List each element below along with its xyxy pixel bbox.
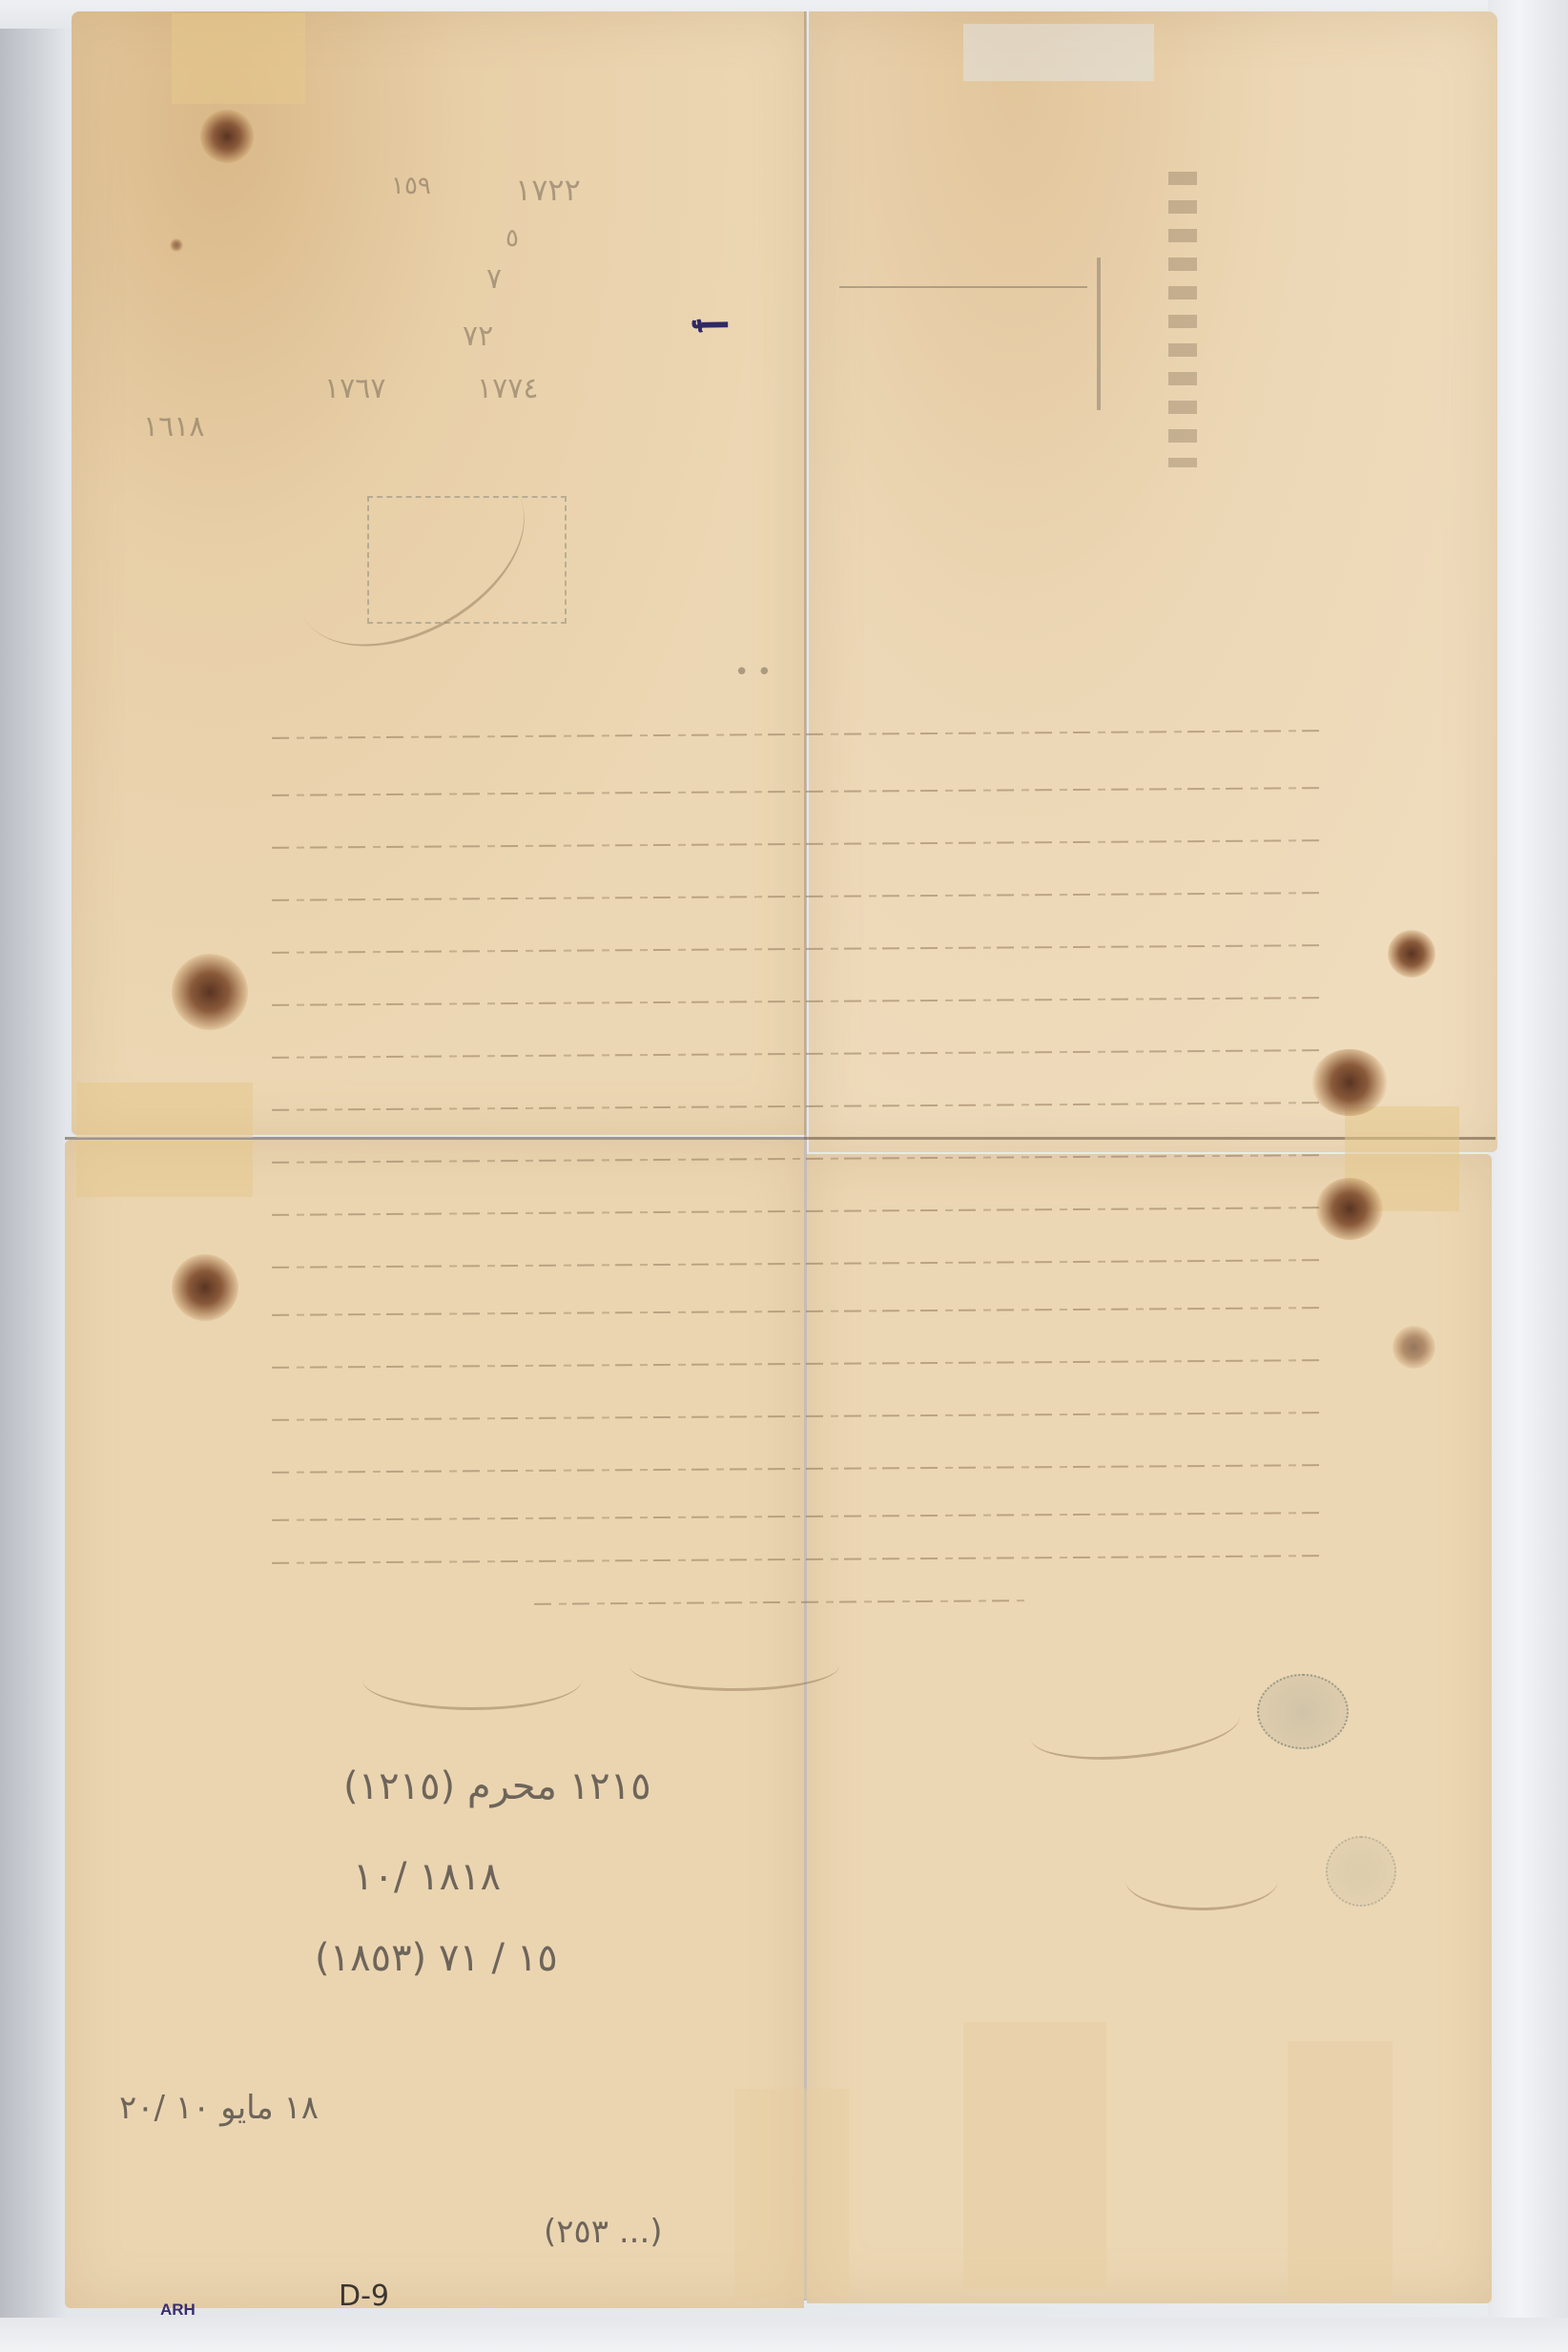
pencil-note-bottom-center: (٢٥٣ ...) bbox=[544, 2213, 663, 2251]
vertical-note bbox=[1097, 258, 1101, 410]
shelf-mark: D-9 bbox=[339, 2280, 389, 2313]
signature-flourish bbox=[629, 1640, 839, 1691]
round-seal bbox=[1257, 1674, 1349, 1749]
repair-tape bbox=[963, 24, 1154, 81]
pencil-note-date: ١٢١٥ محرم (١٢١٥) bbox=[343, 1764, 651, 1808]
faint-number: ٧ bbox=[486, 262, 502, 296]
faint-number: ١٧٦٧ bbox=[324, 372, 385, 405]
horizontal-fold-line bbox=[65, 1137, 1496, 1140]
text-line bbox=[534, 1586, 1030, 1615]
faint-number: ١٧٧٤ bbox=[477, 372, 538, 405]
document-panel-top-right bbox=[809, 11, 1497, 1152]
stain-spot bbox=[1388, 930, 1435, 978]
signature-flourish bbox=[1125, 1850, 1278, 1910]
repair-tape bbox=[1288, 2041, 1393, 2299]
faint-number: ١٥٩ bbox=[391, 172, 431, 200]
repair-tape bbox=[172, 13, 305, 104]
pencil-note-date: (١٨٥٣) ١٥ / ٧١ bbox=[315, 1936, 558, 1980]
stain-spot bbox=[200, 110, 254, 163]
plastic-sleeve-bottom bbox=[0, 2318, 1568, 2352]
faint-number: ١٦١٨ bbox=[143, 410, 204, 444]
pencil-note-date: ١٨١٨ /١٠ bbox=[353, 1855, 501, 1899]
faint-number: ٥ bbox=[505, 224, 519, 253]
round-seal bbox=[1326, 1836, 1396, 1907]
stain-spot bbox=[170, 238, 183, 252]
faint-number: ١٧٢٢ bbox=[515, 172, 581, 208]
stain-spot bbox=[172, 954, 248, 1030]
stain-spot bbox=[1393, 1326, 1435, 1369]
plastic-sleeve-right bbox=[1488, 0, 1568, 2352]
heading-mark: • • bbox=[734, 658, 772, 687]
repair-tape bbox=[963, 2022, 1106, 2289]
archive-stamp: ARH bbox=[160, 2300, 196, 2320]
vertical-script-note bbox=[1168, 172, 1197, 467]
signature-flourish bbox=[362, 1650, 582, 1710]
stain-spot bbox=[1311, 1049, 1388, 1116]
pencil-note-bottom-left: ١٨ مايو ١٠ /٢٠ bbox=[119, 2089, 319, 2127]
repair-tape bbox=[76, 1142, 253, 1197]
stain-spot bbox=[1316, 1178, 1383, 1240]
repair-tape bbox=[76, 1083, 253, 1138]
stain-spot bbox=[172, 1254, 238, 1321]
faint-number: ٧٢ bbox=[463, 320, 493, 353]
purple-ink-mark: ٲ bbox=[689, 313, 737, 338]
repair-tape bbox=[734, 2089, 849, 2299]
signature-flourish bbox=[839, 219, 1087, 288]
